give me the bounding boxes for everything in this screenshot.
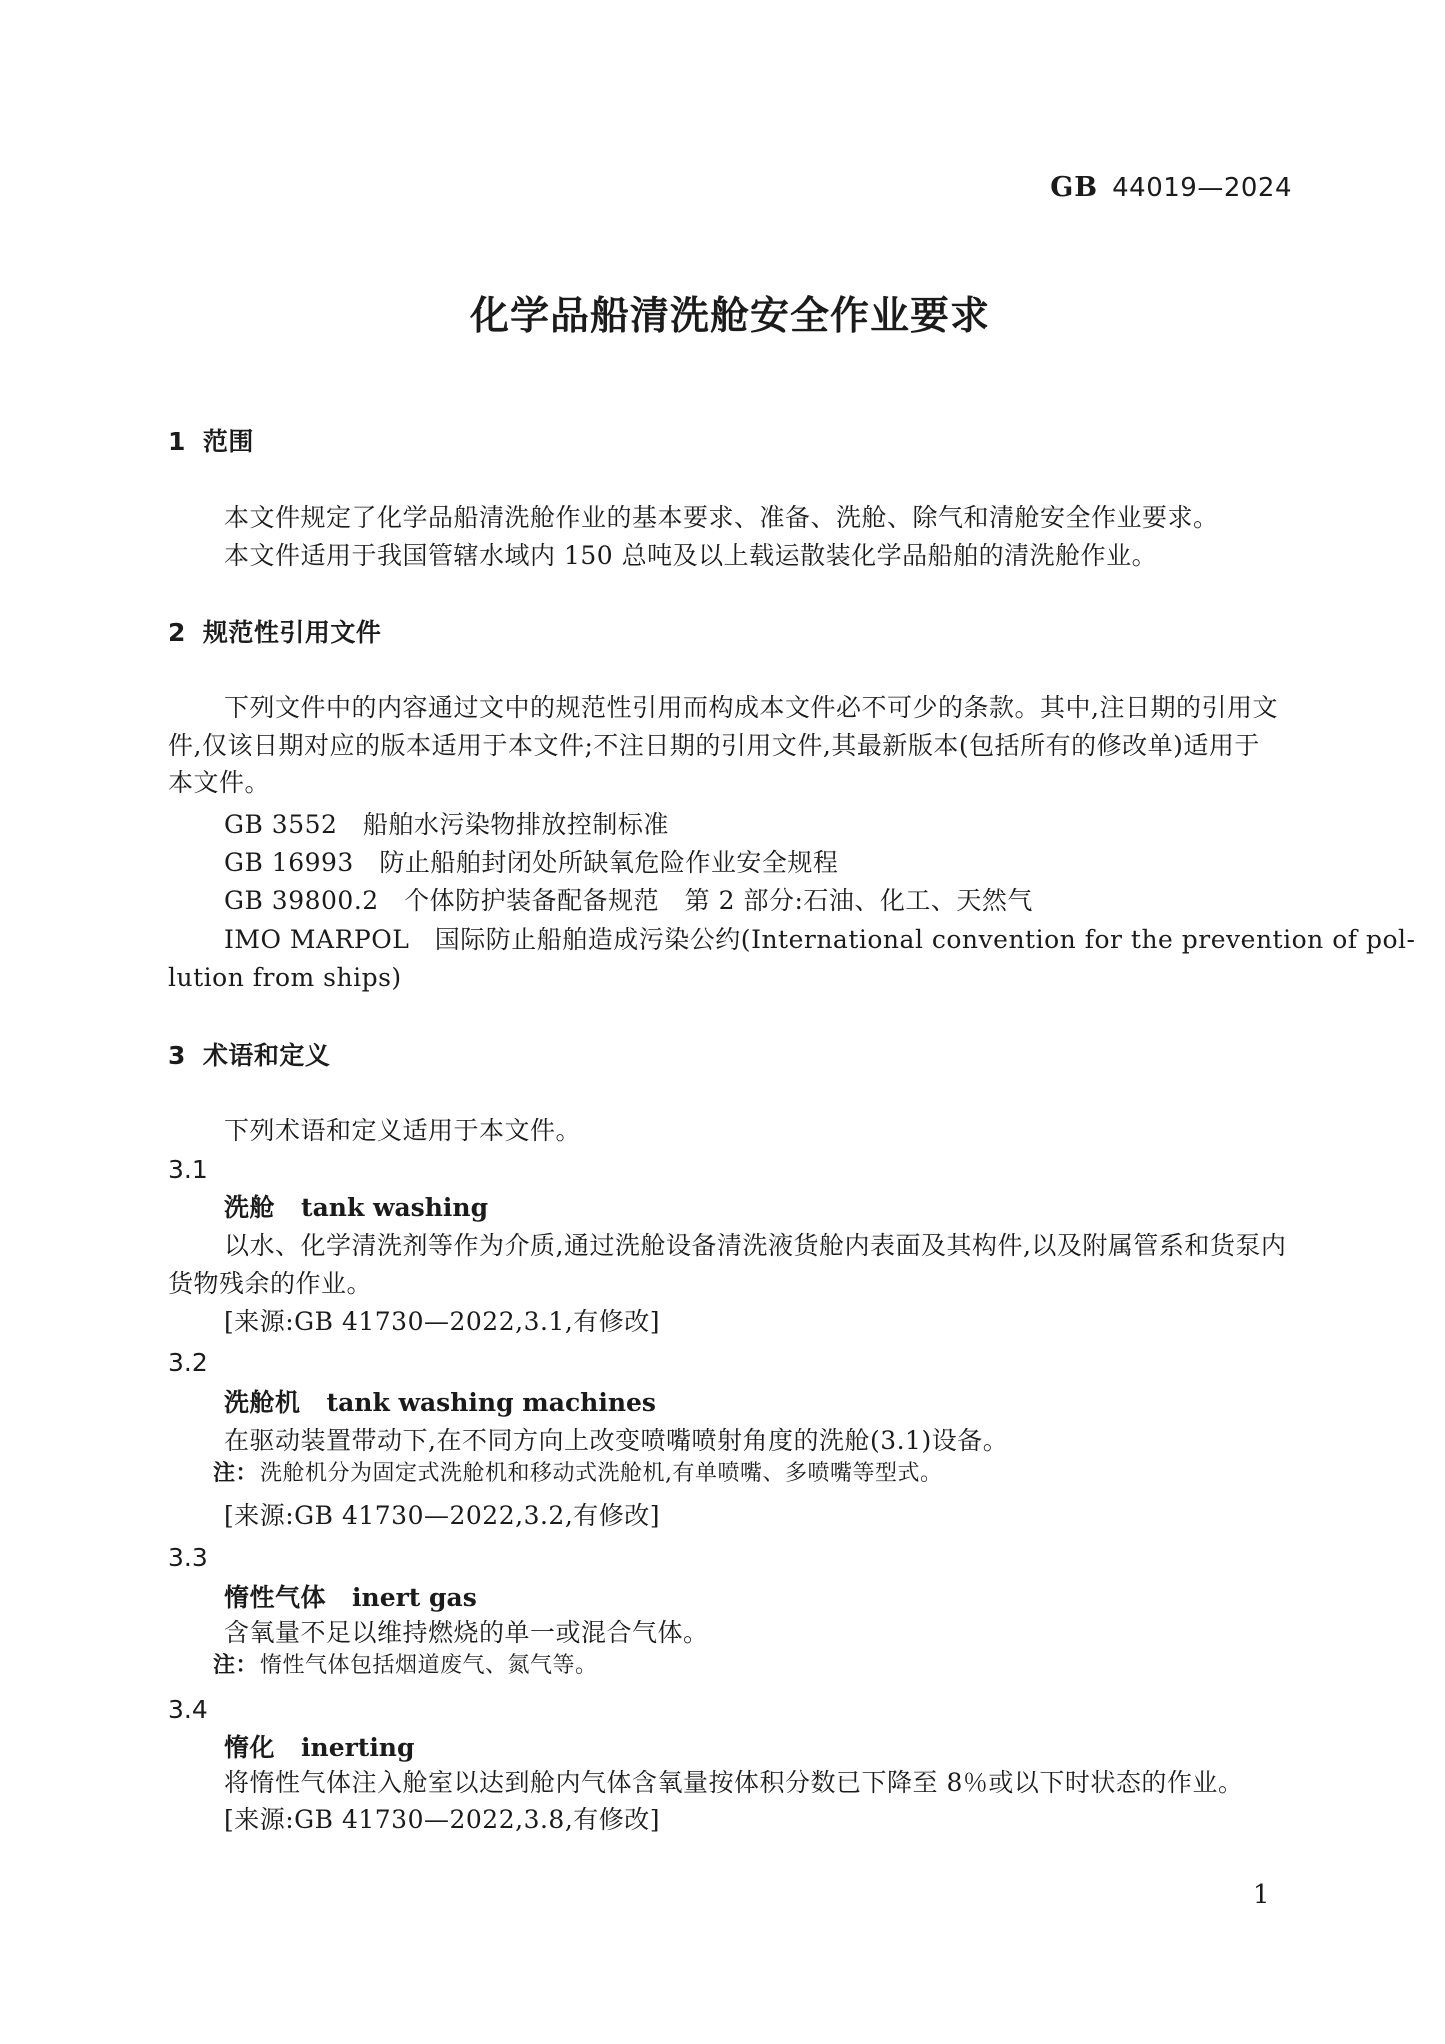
term-inerting-source: [来源:GB 41730—2022,3.8,有修改] [168, 1801, 1292, 1839]
document-title: 化学品船清洗舱安全作业要求 [168, 293, 1292, 341]
reference-gb3552: GB 3552 船舶水污染物排放控制标准 [168, 806, 1292, 844]
term-inert-gas-en: inert gas [352, 1583, 477, 1612]
reference-gb39800-2: GB 39800.2 个体防护装备配备规范 第 2 部分:石油、化工、天然气 [168, 882, 1292, 920]
term-tank-washing-machines-en: tank washing machines [327, 1388, 656, 1417]
section-1-number: 1 [168, 427, 186, 456]
clause-3-3-number: 3.3 [168, 1539, 1292, 1577]
section-1-heading: 1范围 [168, 423, 1292, 461]
standard-code-number: 44019—2024 [1112, 173, 1292, 203]
section-2-heading-text: 规范性引用文件 [203, 618, 382, 647]
section-3-heading-text: 术语和定义 [203, 1041, 331, 1070]
section-1-para-1: 本文件规定了化学品船清洗舱作业的基本要求、准备、洗舱、除气和清舱安全作业要求。 [168, 499, 1292, 537]
term-tank-washing: 洗舱tank washing [168, 1189, 1292, 1227]
term-tank-washing-machines-note: 注：洗舱机分为固定式洗舱机和移动式洗舱机,有单喷嘴、多喷嘴等型式。 [168, 1459, 1292, 1489]
term-tank-washing-machines-def: 在驱动装置带动下,在不同方向上改变喷嘴喷射角度的洗舱(3.1)设备。 [168, 1422, 1292, 1460]
section-2-para-line-2: 件,仅该日期对应的版本适用于本文件;不注日期的引用文件,其最新版本(包括所有的修… [168, 727, 1292, 765]
section-2-para-line-1: 下列文件中的内容通过文中的规范性引用而构成本文件必不可少的条款。其中,注日期的引… [168, 689, 1292, 727]
clause-3-4-number: 3.4 [168, 1691, 1292, 1729]
note-text: 惰性气体包括烟道废气、氮气等。 [260, 1653, 598, 1678]
term-inert-gas: 惰性气体inert gas [168, 1579, 1292, 1617]
note-label: 注： [213, 1461, 258, 1486]
standard-code-gb: GB [1050, 172, 1098, 203]
note-label: 注： [213, 1653, 258, 1678]
section-3-number: 3 [168, 1041, 186, 1070]
term-tank-washing-source: [来源:GB 41730—2022,3.1,有修改] [168, 1303, 1292, 1341]
term-inert-gas-note: 注：惰性气体包括烟道废气、氮气等。 [168, 1651, 1292, 1681]
term-inert-gas-zh: 惰性气体 [224, 1583, 326, 1612]
term-inerting-def: 将惰性气体注入舱室以达到舱内气体含氧量按体积分数已下降至 8％或以下时状态的作业… [168, 1764, 1292, 1802]
clause-3-2-number: 3.2 [168, 1344, 1292, 1382]
term-inert-gas-def: 含氧量不足以维持燃烧的单一或混合气体。 [168, 1614, 1292, 1652]
note-text: 洗舱机分为固定式洗舱机和移动式洗舱机,有单喷嘴、多喷嘴等型式。 [260, 1461, 943, 1486]
section-2-number: 2 [168, 618, 186, 647]
term-inerting: 惰化inerting [168, 1729, 1292, 1767]
section-3-heading: 3术语和定义 [168, 1037, 1292, 1075]
term-inerting-en: inerting [301, 1733, 414, 1762]
term-tank-washing-en: tank washing [301, 1193, 488, 1222]
standard-code: GB44019—2024 [168, 169, 1292, 207]
section-3-intro: 下列术语和定义适用于本文件。 [168, 1112, 1292, 1150]
section-2-heading: 2规范性引用文件 [168, 614, 1292, 652]
section-1-para-2: 本文件适用于我国管辖水域内 150 总吨及以上载运散装化学品船舶的清洗舱作业。 [168, 537, 1292, 575]
page-number: 1 [1210, 1876, 1270, 1914]
term-tank-washing-def-line-1: 以水、化学清洗剂等作为介质,通过洗舱设备清洗液货舱内表面及其构件,以及附属管系和… [168, 1227, 1292, 1265]
term-tank-washing-machines: 洗舱机tank washing machines [168, 1384, 1292, 1422]
section-1-heading-text: 范围 [203, 427, 254, 456]
term-inerting-zh: 惰化 [224, 1733, 275, 1762]
term-tank-washing-machines-source: [来源:GB 41730—2022,3.2,有修改] [168, 1497, 1292, 1535]
clause-3-1-number: 3.1 [168, 1151, 1292, 1189]
term-tank-washing-zh: 洗舱 [224, 1193, 275, 1222]
term-tank-washing-def-line-2: 货物残余的作业。 [168, 1265, 1292, 1303]
reference-imo-marpol-cont: lution from ships) [168, 959, 1292, 997]
reference-gb16993: GB 16993 防止船舶封闭处所缺氧危险作业安全规程 [168, 844, 1292, 882]
reference-imo-marpol: IMO MARPOL 国际防止船舶造成污染公约(International co… [168, 921, 1292, 959]
term-tank-washing-machines-zh: 洗舱机 [224, 1388, 301, 1417]
document-page: GB44019—2024 化学品船清洗舱安全作业要求 1范围 本文件规定了化学品… [0, 0, 1445, 2044]
section-2-para-line-3: 本文件。 [168, 764, 1292, 802]
